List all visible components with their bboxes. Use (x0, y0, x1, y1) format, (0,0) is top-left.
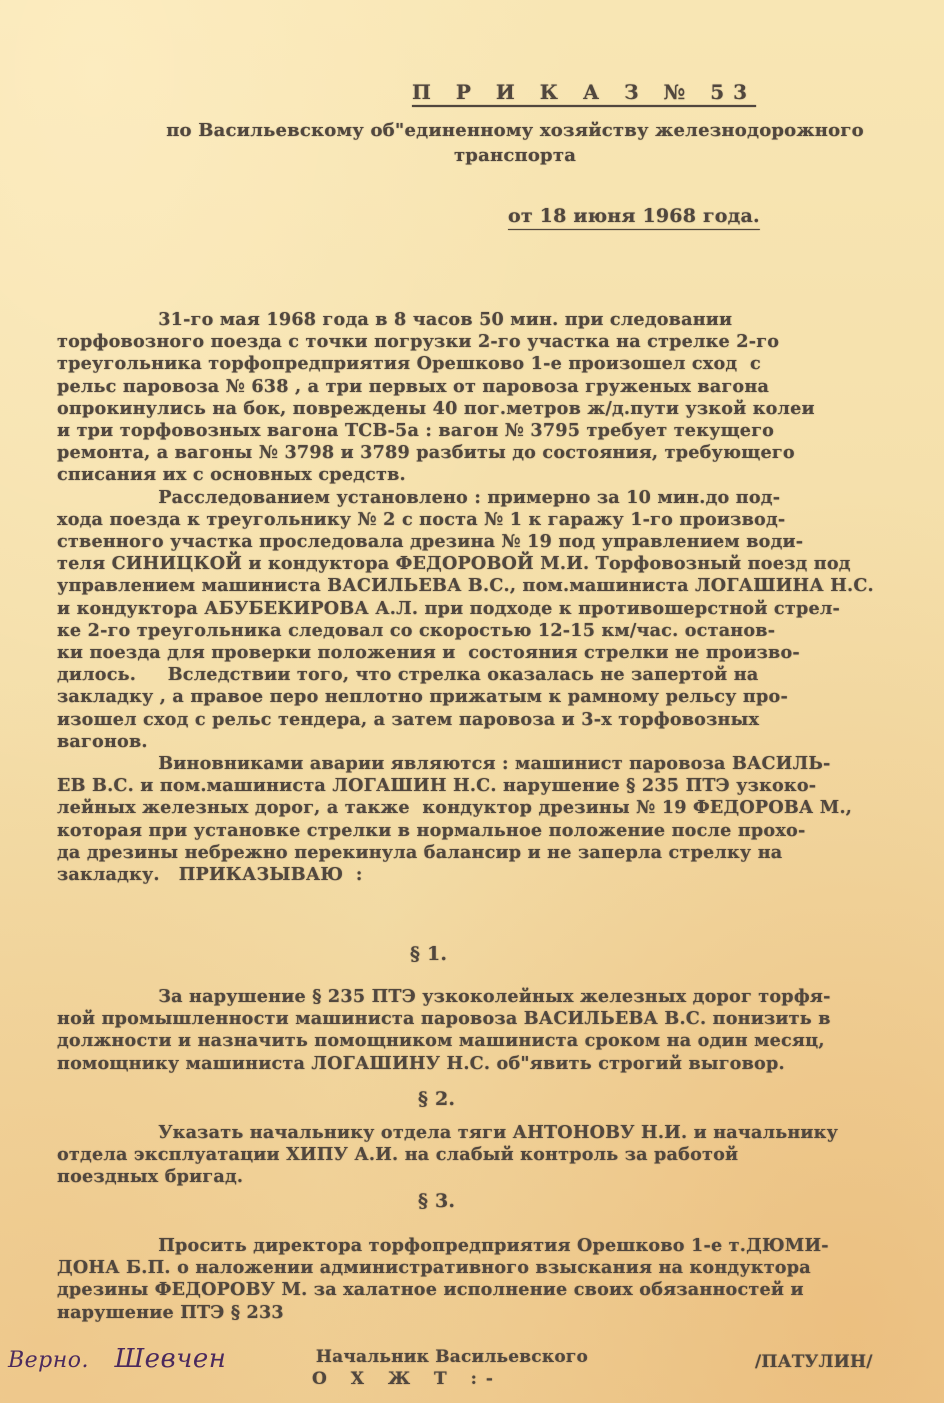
text-line: ремонта, а вагоны № 3798 и 3789 разбиты … (57, 442, 942, 464)
text-line: Расследованием установлено : примерно за… (57, 487, 942, 509)
text-line: ки поезда для проверки положения и состо… (57, 642, 942, 664)
text-line: ДОНА Б.П. о наложении административного … (57, 1257, 942, 1279)
section-3-text: Просить директора торфопредприятия Орешк… (57, 1235, 942, 1324)
text-line: ной промышленности машиниста паровоза ВА… (57, 1008, 942, 1030)
order-subtitle: по Васильевскому об"единенному хозяйству… (100, 118, 930, 168)
section-2-text: Указать начальнику отдела тяги АНТОНОВУ … (57, 1122, 942, 1189)
text-line: опрокинулись на бок, повреждены 40 пог.м… (57, 398, 942, 420)
handwritten-signature: Шевчен (115, 1344, 227, 1374)
text-line: поездных бригад. (57, 1166, 942, 1188)
signatory-name: /ПАТУЛИН/ (755, 1352, 873, 1372)
text-line: дилось. Вследствии того, что стрелка ока… (57, 664, 942, 686)
text-line: и кондуктора АБУБЕКИРОВА А.Л. при подход… (57, 598, 942, 620)
text-line: Указать начальнику отдела тяги АНТОНОВУ … (57, 1122, 942, 1144)
text-line: рельс паровоза № 638 , а три первых от п… (57, 376, 942, 398)
text-line: которая при установке стрелки в нормальн… (57, 820, 942, 842)
text-line: помощнику машиниста ЛОГАШИНУ Н.С. об"яви… (57, 1053, 942, 1075)
text-line: лейных железных дорог, а также кондуктор… (57, 797, 942, 819)
handwritten-verification: Верно. Шевчен (8, 1344, 226, 1374)
text-line: 31-го мая 1968 года в 8 часов 50 мин. пр… (57, 309, 942, 331)
text-line: да дрезины небрежно перекинула балансир … (57, 842, 942, 864)
text-line: торфовозного поезда с точки погрузки 2-г… (57, 331, 942, 353)
text-line: закладку , а правое перо неплотно прижат… (57, 686, 942, 708)
text-line: треугольника торфопредприятия Орешково 1… (57, 353, 942, 375)
signatory-position: Начальник Васильевского О Х Ж Т :- (312, 1346, 592, 1390)
section-1-text: За нарушение § 235 ПТЭ узкоколейных желе… (57, 986, 942, 1075)
subtitle-line: транспорта (100, 143, 930, 168)
section-3-mark: § 3. (418, 1190, 455, 1212)
text-line: За нарушение § 235 ПТЭ узкоколейных желе… (57, 986, 942, 1008)
text-line: управлением машиниста ВАСИЛЬЕВА В.С., по… (57, 575, 942, 597)
text-line: отдела эксплуатации ХИПУ А.И. на слабый … (57, 1144, 942, 1166)
text-line: дрезины ФЕДОРОВУ М. за халатное исполнен… (57, 1279, 942, 1301)
text-line: Просить директора торфопредприятия Орешк… (57, 1235, 942, 1257)
text-line: списания их с основных средств. (57, 464, 942, 486)
text-line: вагонов. (57, 731, 942, 753)
text-line: ЕВ В.С. и пом.машиниста ЛОГАШИН Н.С. нар… (57, 775, 942, 797)
text-line: ственного участка проследовала дрезина №… (57, 531, 942, 553)
text-line: нарушение ПТЭ § 233 (57, 1302, 942, 1324)
subtitle-line: по Васильевскому об"единенному хозяйству… (100, 118, 930, 143)
text-line: теля СИНИЦКОЙ и кондуктора ФЕДОРОВОЙ М.И… (57, 553, 942, 575)
order-body: 31-го мая 1968 года в 8 часов 50 мин. пр… (57, 309, 942, 886)
text-line: хода поезда к треугольнику № 2 с поста №… (57, 509, 942, 531)
text-line: закладку. ПРИКАЗЫВАЮ : (57, 864, 942, 886)
text-line: ке 2-го треугольника следовал со скорост… (57, 620, 942, 642)
text-line: должности и назначить помощником машинис… (57, 1030, 942, 1052)
section-2-mark: § 2. (418, 1088, 455, 1110)
text-line: изошел сход с рельс тендера, а затем пар… (57, 709, 942, 731)
verified-note: Верно. (8, 1348, 89, 1373)
position-line: Начальник Васильевского (316, 1347, 588, 1367)
order-title: П Р И К А З № 53 (412, 80, 756, 104)
text-line: Виновниками аварии являются : машинист п… (57, 753, 942, 775)
order-date: от 18 июня 1968 года. (508, 205, 760, 227)
position-org: О Х Ж Т :- (312, 1368, 592, 1390)
text-line: и три торфовозных вагона ТСВ-5а : вагон … (57, 420, 942, 442)
section-1-mark: § 1. (410, 943, 447, 965)
